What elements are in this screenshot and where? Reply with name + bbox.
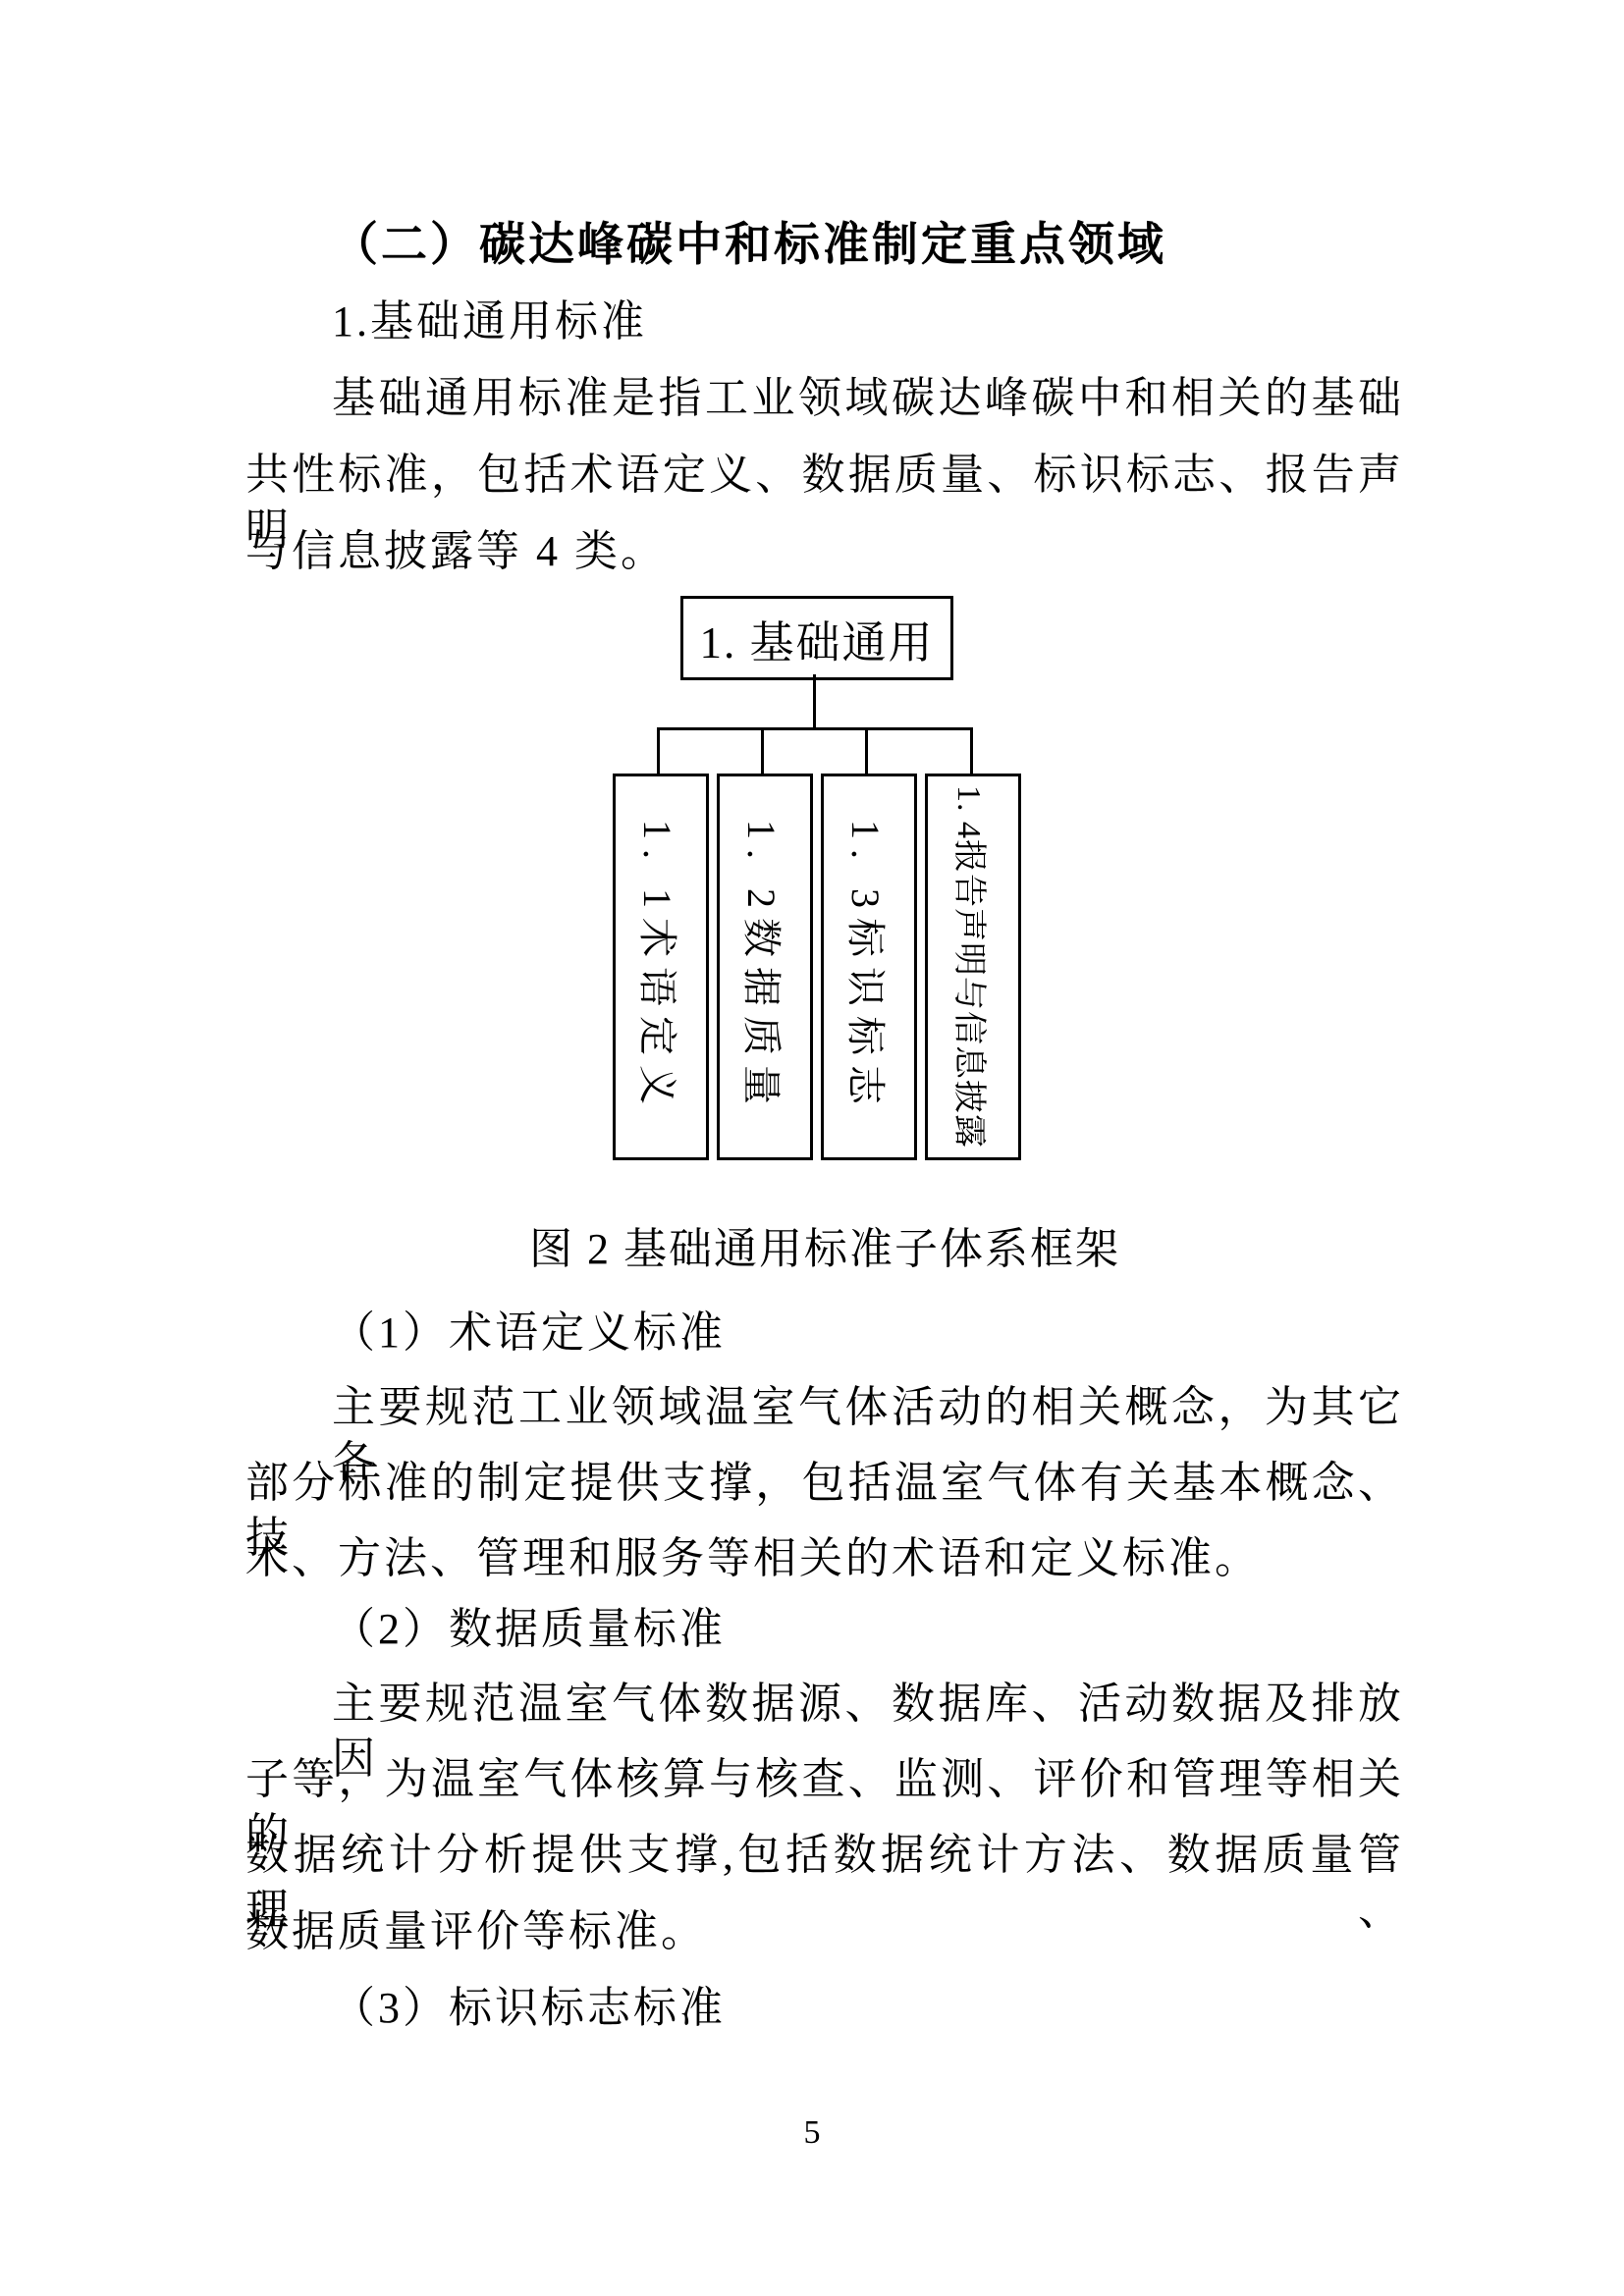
page-number: 5 — [0, 2114, 1624, 2152]
intro-paragraph-line: 共性标准，包括术语定义、数据质量、标识标志、报告声明 — [245, 448, 1404, 503]
item2-paragraph-line: 数据统计分析提供支撑,包括数据统计方法、数据质量管理、 — [245, 1828, 1404, 1883]
diagram-branch-box-reporting-disclosure: 1. 4报告声明与信息披露 — [925, 774, 1021, 1160]
item1-paragraph-line: 术、方法、管理和服务等相关的术语和定义标准。 — [245, 1531, 1404, 1586]
diagram-branch-box-terms: 1. 1术语定义 — [613, 774, 709, 1160]
item1-paragraph-line: 部分标准的制定提供支撑，包括温室气体有关基本概念、技 — [245, 1456, 1404, 1511]
diagram-branch-label: 1. 1术语定义 — [616, 779, 706, 1154]
item2-paragraph-line: 主要规范温室气体数据源、数据库、活动数据及排放因 — [245, 1677, 1404, 1732]
connector-stub — [657, 727, 660, 775]
item1-paragraph-line: 主要规范工业领域温室气体活动的相关概念，为其它各 — [245, 1380, 1404, 1435]
item2-paragraph-line: 数据质量评价等标准。 — [245, 1904, 1404, 1959]
diagram-branch-label: 1. 2数据质量 — [720, 779, 810, 1154]
item1-heading: （1）术语定义标准 — [245, 1306, 1404, 1361]
figure-caption: 图 2 基础通用标准子体系框架 — [245, 1213, 1404, 1276]
diagram-branch-box-data-quality: 1. 2数据质量 — [717, 774, 813, 1160]
section-heading: （二）碳达峰碳中和标准制定重点领域 — [245, 218, 1404, 273]
document-page: （二）碳达峰碳中和标准制定重点领域 1.基础通用标准 基础通用标准是指工业领域碳… — [0, 0, 1624, 2296]
diagram-branch-label: 1. 3标识标志 — [824, 779, 914, 1154]
connector-stub — [865, 727, 868, 775]
connector-stub — [970, 727, 973, 775]
item2-paragraph-line: 子等，为温室气体核算与核查、监测、评价和管理等相关的 — [245, 1752, 1404, 1807]
sub-heading: 1.基础通用标准 — [245, 294, 1404, 349]
connector-line-horizontal — [657, 727, 973, 730]
diagram-branch-label: 1. 4报告声明与信息披露 — [928, 779, 1018, 1154]
diagram-root-label: 1. 基础通用 — [699, 607, 934, 670]
item2-heading: （2）数据质量标准 — [245, 1602, 1404, 1657]
connector-stub — [761, 727, 764, 775]
item3-heading: （3）标识标志标准 — [245, 1981, 1404, 2036]
diagram-branch-box-labels-marks: 1. 3标识标志 — [821, 774, 917, 1160]
intro-paragraph-line: 基础通用标准是指工业领域碳达峰碳中和相关的基础 — [245, 371, 1404, 426]
diagram-root-box: 1. 基础通用 — [680, 596, 953, 680]
intro-paragraph-line: 与信息披露等 4 类。 — [245, 524, 1404, 579]
connector-line-vertical — [813, 674, 816, 729]
